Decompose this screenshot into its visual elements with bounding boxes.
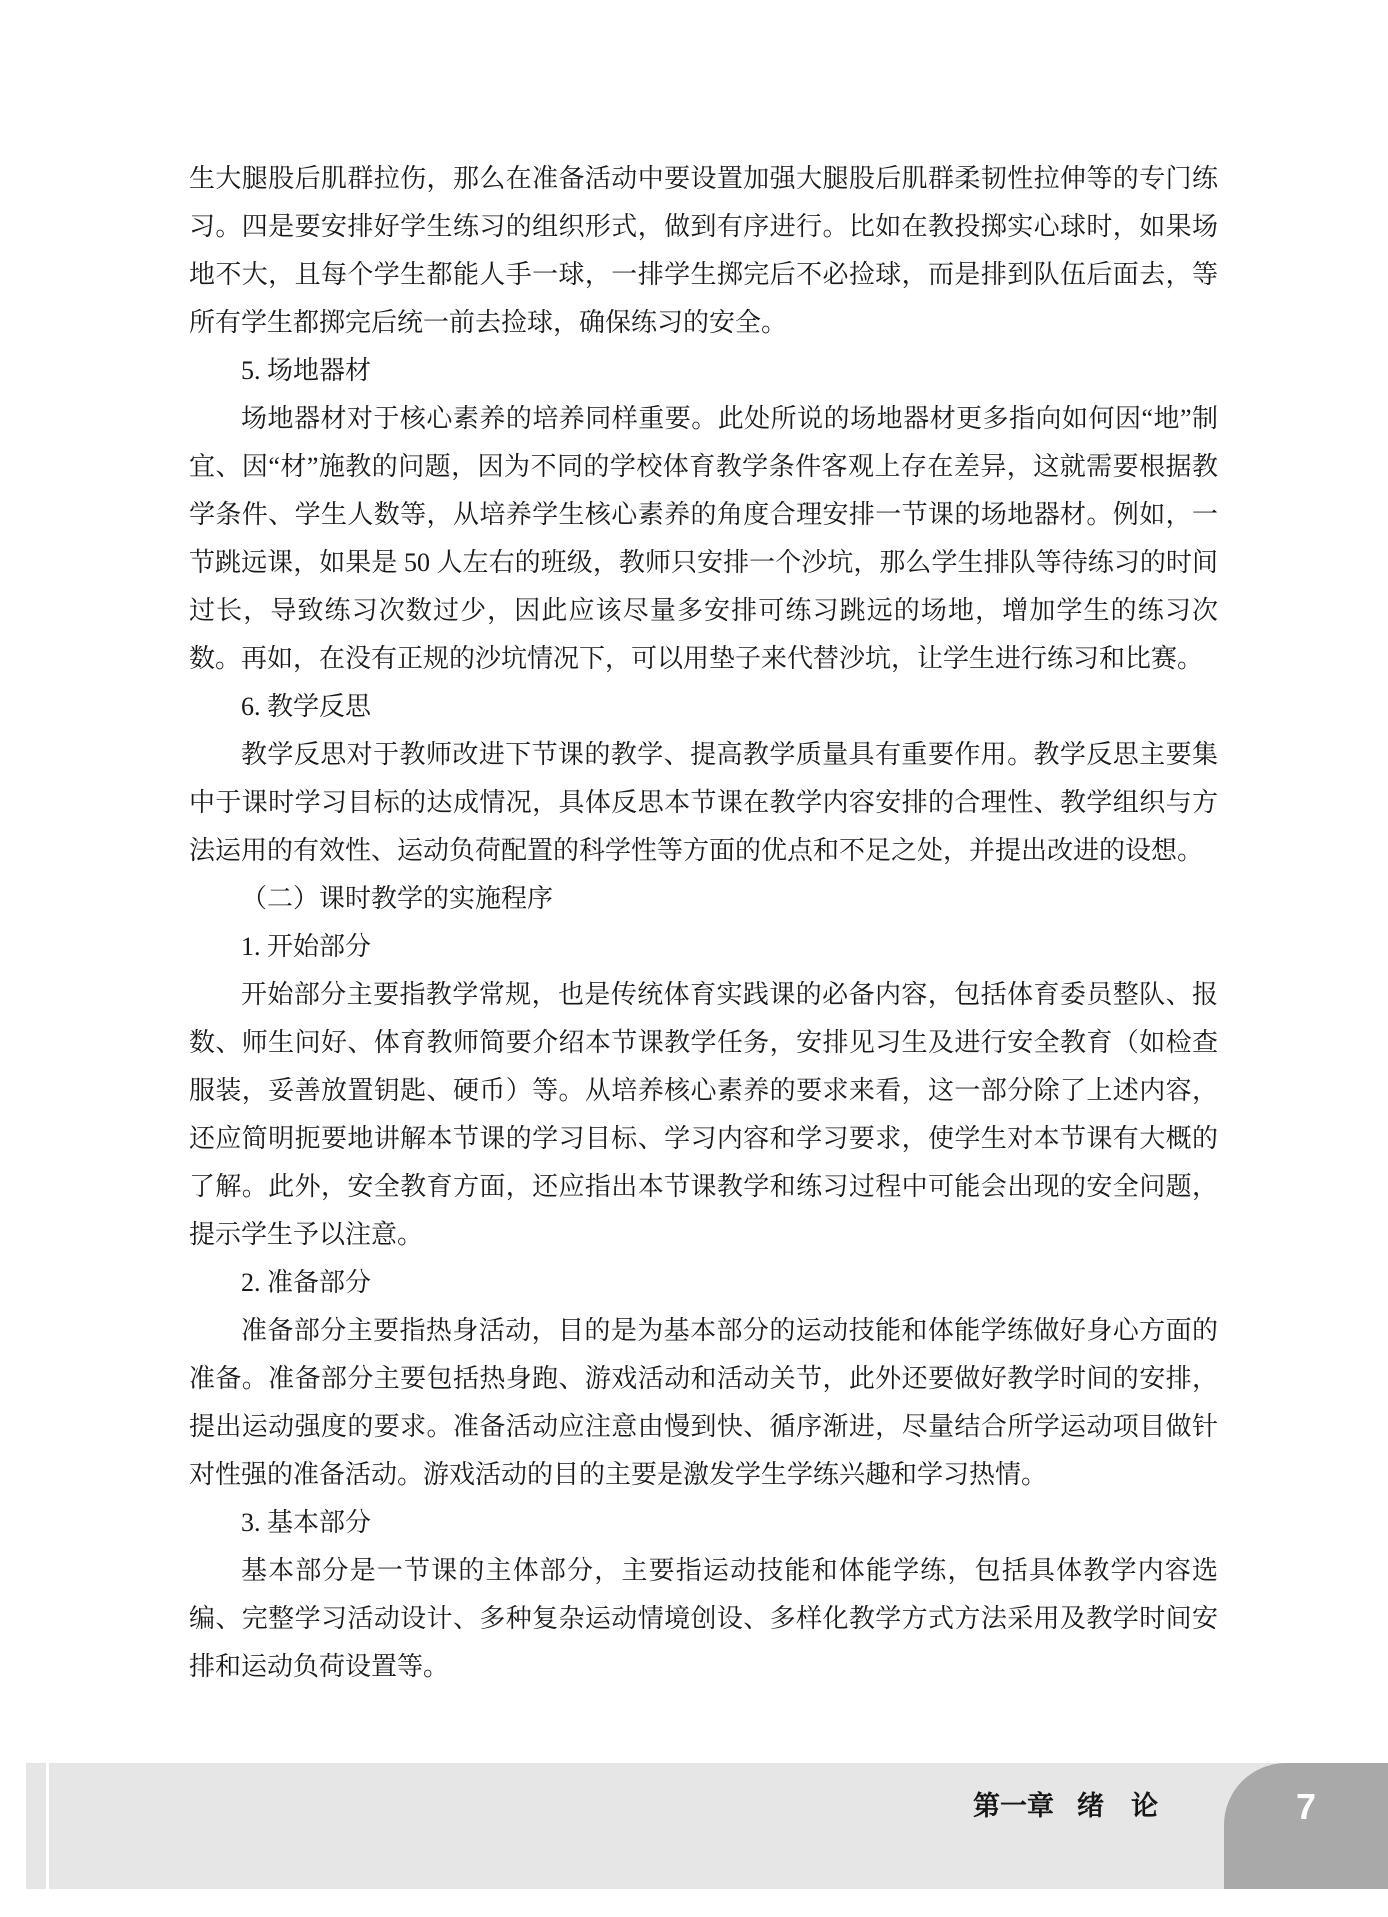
page-number: 7 xyxy=(1296,1789,1316,1825)
footer-band xyxy=(49,1763,1388,1889)
subsection-heading-1: 1. 开始部分 xyxy=(189,923,1218,971)
subsection-heading-2: 2. 准备部分 xyxy=(189,1259,1218,1307)
footer-edge-strip xyxy=(26,1763,46,1889)
body-paragraph: 场地器材对于核心素养的培养同样重要。此处所说的场地器材更多指向如何因“地”制宜、… xyxy=(189,395,1218,683)
page-body: 生大腿股后肌群拉伤，那么在准备活动中要设置加强大腿股后肌群柔韧性拉伸等的专门练习… xyxy=(189,155,1218,1691)
body-paragraph: 教学反思对于教师改进下节课的教学、提高教学质量具有重要作用。教学反思主要集中于课… xyxy=(189,731,1218,875)
footer-section-label: 绪 论 xyxy=(1077,1790,1158,1822)
body-paragraph: 生大腿股后肌群拉伤，那么在准备活动中要设置加强大腿股后肌群柔韧性拉伸等的专门练习… xyxy=(189,155,1218,347)
body-paragraph: 开始部分主要指教学常规，也是传统体育实践课的必备内容，包括体育委员整队、报数、师… xyxy=(189,971,1218,1259)
subsection-heading-3: 3. 基本部分 xyxy=(189,1499,1218,1547)
book-page: 生大腿股后肌群拉伤，那么在准备活动中要设置加强大腿股后肌群柔韧性拉伸等的专门练习… xyxy=(0,0,1388,1917)
page-number-block: 7 xyxy=(1224,1763,1388,1889)
body-paragraph: 准备部分主要指热身活动，目的是为基本部分的运动技能和体能学练做好身心方面的准备。… xyxy=(189,1307,1218,1499)
body-paragraph: 基本部分是一节课的主体部分，主要指运动技能和体能学练，包括具体教学内容选编、完整… xyxy=(189,1547,1218,1691)
section-heading: （二）课时教学的实施程序 xyxy=(189,875,1218,923)
subsection-heading-6: 6. 教学反思 xyxy=(189,683,1218,731)
subsection-heading-5: 5. 场地器材 xyxy=(189,347,1218,395)
footer-chapter-label: 第一章 xyxy=(973,1790,1054,1822)
running-footer: 第一章 绪 论 xyxy=(973,1790,1158,1822)
